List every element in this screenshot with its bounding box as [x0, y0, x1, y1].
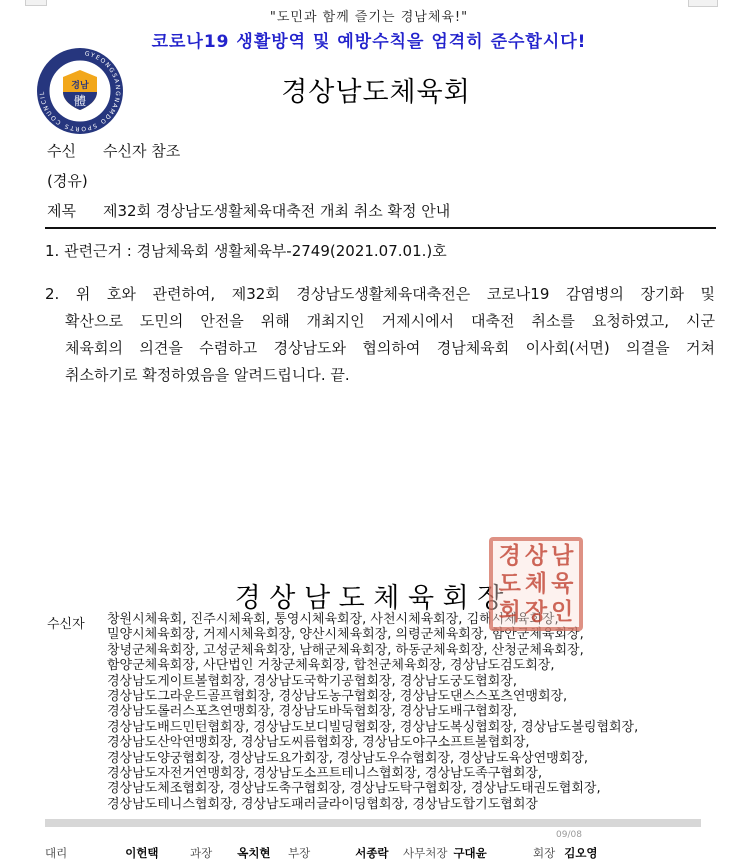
official-document-page: "도민과 함께 즐기는 경남체육!" 코로나19 생활방역 및 예방수칙을 엄격…: [0, 0, 738, 863]
recipient-label: 수신: [47, 140, 103, 161]
field-subject: 제목제32회 경상남도생활체육대축전 개최 취소 확정 안내: [47, 200, 450, 221]
approver-role: 부장: [288, 845, 310, 861]
approver-role: 과장: [190, 845, 212, 861]
approval-line: 대리 이헌택 과장 옥치현 부장 서종락 사무처장 구대윤 회장 김오영: [0, 845, 738, 861]
recipient-line: 경상남도게이트볼협회장, 경상남도국학기공협회장, 경상남도궁도협회장,: [107, 674, 738, 689]
field-via: (경유): [47, 170, 103, 191]
recipient-line: 경상남도산악연맹회장, 경상남도씨름협회장, 경상남도야구소프트볼협회장,: [107, 735, 738, 750]
recipients-label: 수신자: [47, 613, 85, 632]
recipient-line: 함양군체육회장, 사단법인 거창군체육회장, 합천군체육회장, 경상남도검도회장…: [107, 658, 738, 673]
seal-script-row: 회장인: [495, 598, 578, 626]
recipient-line: 밀양시체육회장, 거제시체육회장, 양산시체육회장, 의령군체육회장, 함안군체…: [107, 627, 738, 642]
subject-label: 제목: [47, 200, 103, 221]
approver-role: 대리: [45, 845, 67, 861]
approver-role: 회장: [533, 845, 555, 861]
recipient-line: 경상남도체조협회장, 경상남도축구협회장, 경상남도탁구협회장, 경상남도태권도…: [107, 781, 738, 796]
approver-name: 서종락: [355, 845, 388, 861]
body-text-line: 취소하기로 확정하였음을 알려드립니다. 끝.: [65, 362, 715, 389]
subject-value: 제32회 경상남도생활체육대축전 개최 취소 확정 안내: [103, 200, 450, 221]
approver-name: 구대윤: [453, 845, 486, 861]
recipient-line: 창녕군체육회장, 고성군체육회장, 남해군체육회장, 하동군체육회장, 산청군체…: [107, 643, 738, 658]
field-recipient: 수신수신자 참조: [47, 140, 180, 161]
header-quote: "도민과 함께 즐기는 경남체육!": [0, 6, 738, 25]
approval-pair: 대리 이헌택: [45, 845, 159, 861]
approver-name: 김오영: [564, 845, 597, 861]
recipient-line: 경상남도그라운드골프협회장, 경상남도농구협회장, 경상남도댄스스포츠연맹회장,: [107, 689, 738, 704]
body-item-1: 1. 관련근거 : 경남체육회 생활체육부-2749(2021.07.01.)호: [45, 240, 447, 261]
approver-name: 옥치현: [237, 845, 270, 861]
approver-role: 사무처장: [403, 845, 447, 861]
body-text-line: 체육회의 의견을 수렴하고 경상남도와 협의하여 경남체육회 이사회(서면) 의…: [65, 335, 715, 362]
recipient-line: 경상남도롤러스포츠연맹회장, 경상남도바둑협회장, 경상남도배구협회장,: [107, 704, 738, 719]
approver-name: 이헌택: [125, 845, 158, 861]
recipients-list: 창원시체육회, 진주시체육회, 통영시체육회장, 사천시체육회장, 김해시체육회…: [107, 612, 738, 812]
approval-pair: 과장 옥치현: [190, 845, 271, 861]
recipient-line: 창원시체육회, 진주시체육회, 통영시체육회장, 사천시체육회장, 김해시체육회…: [107, 612, 738, 627]
official-seal-stamp: 경상남 도체육 회장인: [489, 537, 583, 631]
approval-pair: 회장 김오영: [533, 845, 598, 861]
approval-pair: 사무처장 구대윤: [403, 845, 487, 861]
via-label: (경유): [47, 170, 103, 191]
body-text-line: 2. 위 호와 관련하여, 제32회 경상남도생활체육대축전은 코로나19 감염…: [45, 281, 715, 308]
signature-title: 경 상 남 도 체 육 회 장: [0, 576, 738, 615]
recipient-line: 경상남도테니스협회장, 경상남도패러글라이딩협회장, 경상남도합기도협회장: [107, 797, 738, 812]
approval-pair: 부장 서종락: [288, 845, 389, 861]
seal-script-row: 도체육: [495, 570, 578, 598]
seal-script-row: 경상남: [495, 542, 578, 570]
recipient-line: 경상남도양궁협회장, 경상남도요가회장, 경상남도우슈협회장, 경상남도육상연맹…: [107, 751, 738, 766]
footer-date: 09/08: [556, 830, 582, 840]
body-item-2: 2. 위 호와 관련하여, 제32회 경상남도생활체육대축전은 코로나19 감염…: [65, 281, 715, 389]
recipient-line: 경상남도자전거연맹회장, 경상남도소프트테니스협회장, 경상남도족구협회장,: [107, 766, 738, 781]
org-title: 경상남도체육회: [0, 70, 738, 109]
header-divider-rule: [45, 227, 716, 229]
footer-divider-bar: [45, 819, 701, 827]
body-text-line: 확산으로 도민의 안전을 위해 개최지인 거제시에서 대축전 취소를 요청하였고…: [65, 308, 715, 335]
recipient-line: 경상남도배드민턴협회장, 경상남도보디빌딩협회장, 경상남도복싱협회장, 경상남…: [107, 720, 738, 735]
recipient-value: 수신자 참조: [103, 140, 180, 161]
